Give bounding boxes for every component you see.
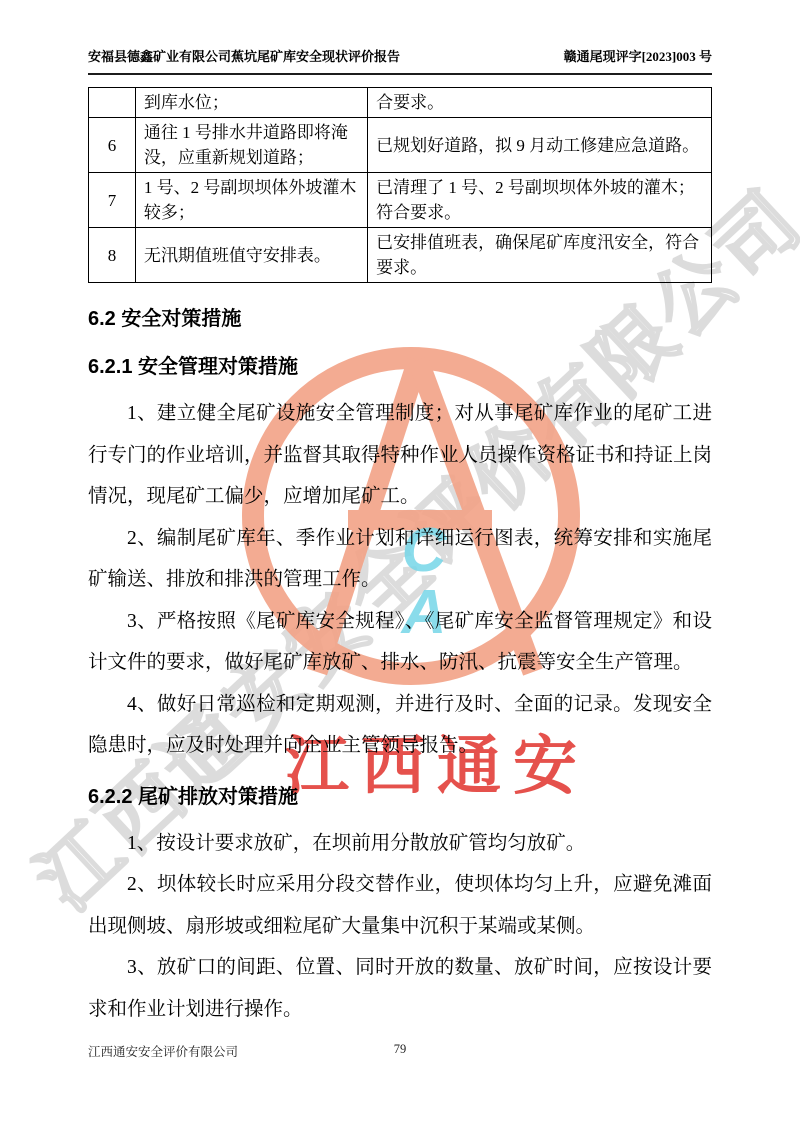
- table-cell-result: 已规划好道路，拟 9 月动工修建应急道路。: [368, 118, 712, 173]
- paragraph: 2、坝体较长时应采用分段交替作业，使坝体均匀上升，应避免滩面出现侧坡、扇形坡或细…: [88, 864, 712, 947]
- table-cell-index: 8: [89, 228, 136, 283]
- report-title: 安福县德鑫矿业有限公司蕉坑尾矿库安全现状评价报告: [88, 46, 400, 65]
- table-cell-result: 合要求。: [368, 88, 712, 118]
- table-row: 到库水位； 合要求。: [89, 88, 712, 118]
- table-row: 7 1 号、2 号副坝坝体外坡灌木较多； 已清理了 1 号、2 号副坝坝体外坡的…: [89, 173, 712, 228]
- inspection-table: 到库水位； 合要求。 6 通往 1 号排水井道路即将淹没，应重新规划道路； 已规…: [88, 87, 712, 283]
- table-cell-result: 已清理了 1 号、2 号副坝坝体外坡的灌木；符合要求。: [368, 173, 712, 228]
- paragraph: 3、严格按照《尾矿库安全规程》、《尾矿库安全监督管理规定》和设计文件的要求，做好…: [88, 601, 712, 684]
- paragraph: 1、按设计要求放矿，在坝前用分散放矿管均匀放矿。: [88, 823, 712, 865]
- table-cell-index: 6: [89, 118, 136, 173]
- report-doc-number: 赣通尾现评字[2023]003 号: [564, 46, 712, 65]
- section-heading-6-2-1: 6.2.1 安全管理对策措施: [88, 353, 712, 381]
- section-heading-6-2-2: 6.2.2 尾矿排放对策措施: [88, 783, 712, 811]
- discharge-measures: 1、按设计要求放矿，在坝前用分散放矿管均匀放矿。 2、坝体较长时应采用分段交替作…: [88, 823, 712, 1031]
- table-cell-index: 7: [89, 173, 136, 228]
- paragraph: 3、放矿口的间距、位置、同时开放的数量、放矿时间，应按设计要求和作业计划进行操作…: [88, 947, 712, 1030]
- page-header: 安福县德鑫矿业有限公司蕉坑尾矿库安全现状评价报告 赣通尾现评字[2023]003…: [88, 46, 712, 75]
- table-cell-result: 已安排值班表，确保尾矿库度汛安全，符合要求。: [368, 228, 712, 283]
- section-heading-6-2: 6.2 安全对策措施: [88, 305, 712, 333]
- table-cell-index: [89, 88, 136, 118]
- paragraph: 2、编制尾矿库年、季作业计划和详细运行图表，统筹安排和实施尾矿输送、排放和排洪的…: [88, 518, 712, 601]
- table-cell-item: 无汛期值班值守安排表。: [135, 228, 367, 283]
- footer-company: 江西通安安全评价有限公司: [88, 1042, 238, 1060]
- table-cell-item: 通往 1 号排水井道路即将淹没，应重新规划道路；: [135, 118, 367, 173]
- table-cell-item: 1 号、2 号副坝坝体外坡灌木较多；: [135, 173, 367, 228]
- table-cell-item: 到库水位；: [135, 88, 367, 118]
- table-row: 8 无汛期值班值守安排表。 已安排值班表，确保尾矿库度汛安全，符合要求。: [89, 228, 712, 283]
- report-page: 安福县德鑫矿业有限公司蕉坑尾矿库安全现状评价报告 赣通尾现评字[2023]003…: [0, 46, 800, 1030]
- management-measures: 1、建立健全尾矿设施安全管理制度；对从事尾矿库作业的尾矿工进行专门的作业培训，并…: [88, 393, 712, 767]
- paragraph: 4、做好日常巡检和定期观测，并进行及时、全面的记录。发现安全隐患时，应及时处理并…: [88, 684, 712, 767]
- table-row: 6 通往 1 号排水井道路即将淹没，应重新规划道路； 已规划好道路，拟 9 月动…: [89, 118, 712, 173]
- paragraph: 1、建立健全尾矿设施安全管理制度；对从事尾矿库作业的尾矿工进行专门的作业培训，并…: [88, 393, 712, 518]
